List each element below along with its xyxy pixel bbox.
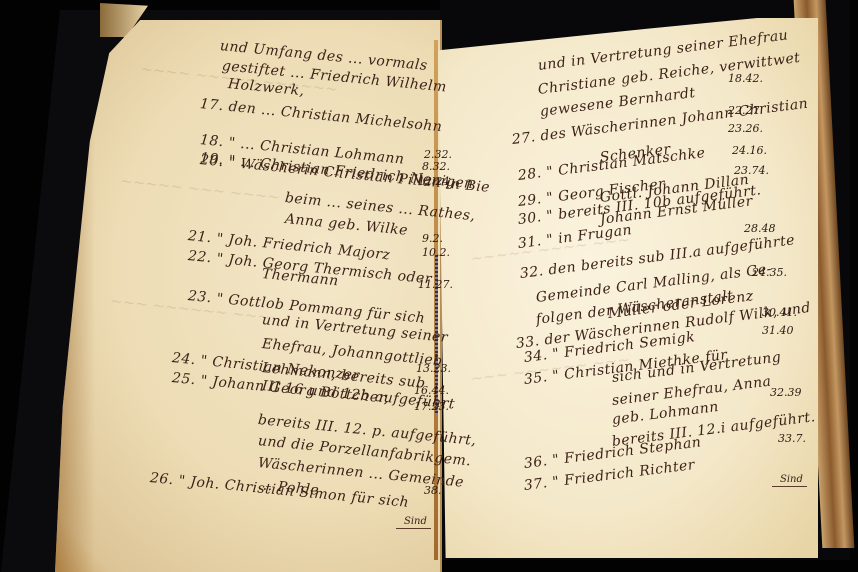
amount-value: 10.2. <box>422 246 450 259</box>
amount-value: 23.74. <box>734 164 769 177</box>
amount-value: 11.27. <box>418 278 453 291</box>
amount-value: 23.26. <box>728 122 763 135</box>
amount-value: 8.32. <box>422 160 450 173</box>
amount-value: 30.41. <box>762 306 797 319</box>
amount-value: 24.35. <box>752 266 787 279</box>
amount-value: 33.7. <box>778 432 806 445</box>
amount-value: 16.44. <box>414 384 449 397</box>
signature-mark-left: Sind <box>396 516 431 529</box>
amount-value: 9.2. <box>422 232 443 245</box>
amount-value: 12.24 <box>418 175 450 188</box>
amount-value: 13.23. <box>416 362 451 375</box>
signature-mark-right: Sind <box>772 474 807 487</box>
amount-value: 17.23. <box>414 400 449 413</box>
amount-value: 32.39 <box>770 386 802 399</box>
amount-value: 22.27. <box>728 104 763 117</box>
amount-value: 18.42. <box>728 72 763 85</box>
amount-value: 28.48 <box>744 222 776 235</box>
amount-value: 38. <box>424 484 442 497</box>
amount-value: 24.16. <box>732 144 767 157</box>
amount-value: 31.40 <box>762 324 794 337</box>
